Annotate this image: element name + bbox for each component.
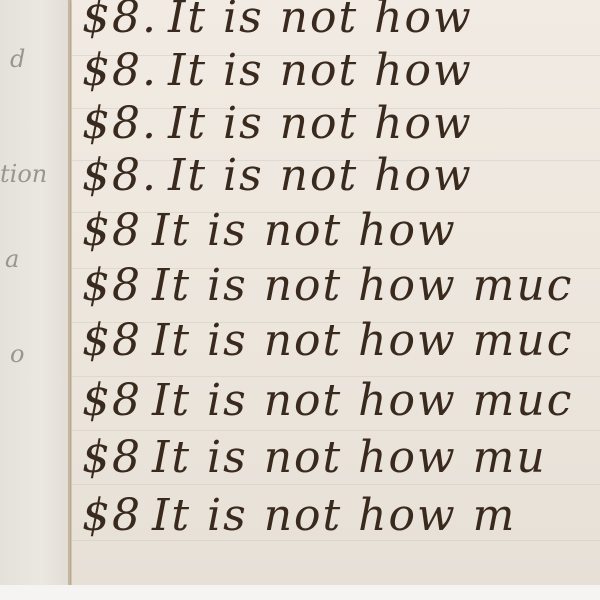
practice-line: $8.It is not how — [82, 98, 473, 149]
pencil-fragment: tion — [0, 160, 47, 188]
practice-line: $8It is not how muc — [82, 260, 573, 311]
practice-line: $8It is not how mu — [82, 432, 547, 483]
table-surface — [0, 585, 600, 600]
practice-line: $8It is not how muc — [82, 375, 573, 426]
practice-line: $8.It is not how — [82, 150, 473, 201]
practice-line: $8It is not how — [82, 205, 457, 256]
practice-line: $8.It is not how — [82, 0, 473, 43]
practice-line: $8It is not how muc — [82, 315, 573, 366]
pencil-fragment: d — [10, 45, 25, 73]
pencil-fragment: a — [5, 245, 19, 273]
pencil-fragment: o — [10, 340, 24, 368]
copybook-page: $8.It is not how $8.It is not how $8.It … — [72, 0, 600, 585]
left-page: d tion a o — [0, 0, 71, 588]
practice-line: $8.It is not how — [82, 45, 473, 96]
practice-line: $8It is not how m — [82, 490, 516, 541]
